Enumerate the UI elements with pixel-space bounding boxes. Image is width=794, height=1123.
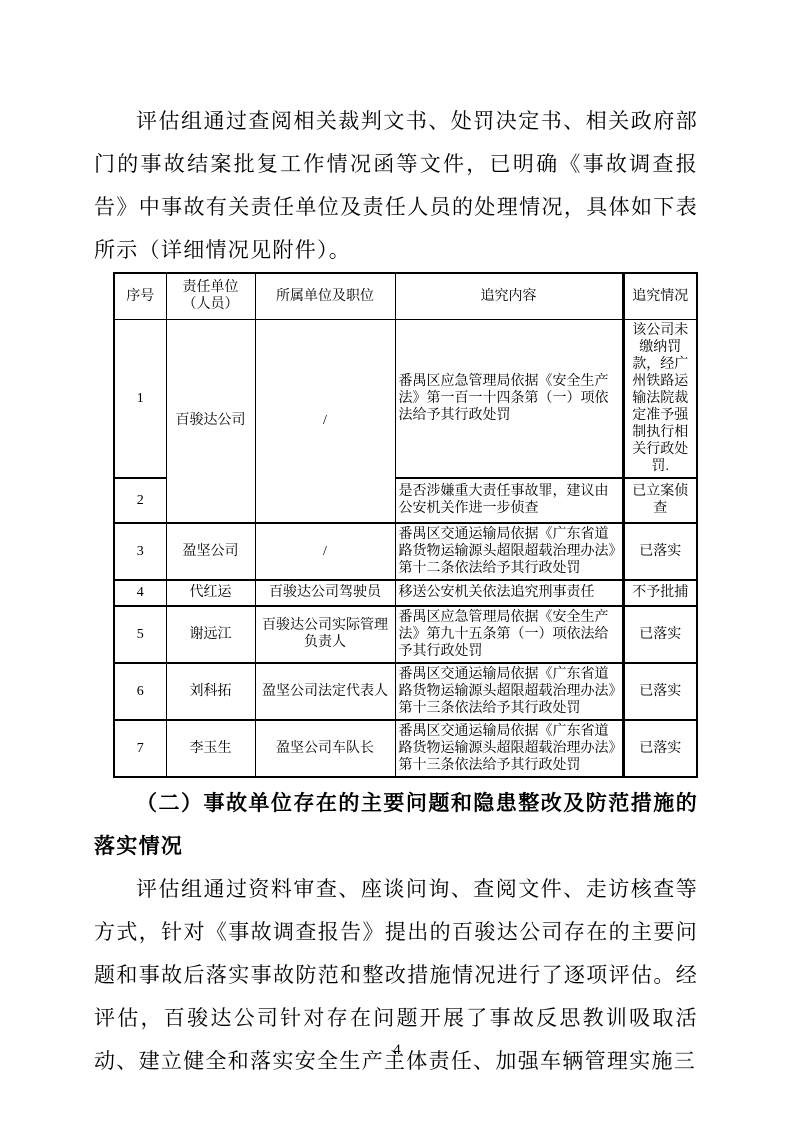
cell-content: 移送公安机关依法追究刑事责任 [395,580,623,606]
cell-unit: 盈坚公司 [166,523,255,580]
cell-seq: 6 [114,663,166,720]
cell-content: 番禺区交通运输局依据《广东省道路货物运输源头超限超载治理办法》第十三条依法给予其… [395,720,623,777]
cell-position: / [255,523,395,580]
table-row: 3 盈坚公司 / 番禺区交通运输局依据《广东省道路货物运输源头超限超载治理办法》… [114,523,697,580]
section-heading: （二）事故单位存在的主要问题和隐患整改及防范措施的落实情况 [94,782,698,868]
header-status: 追究情况 [623,273,697,319]
cell-seq: 7 [114,720,166,777]
cell-unit: 百骏达公司 [166,319,255,523]
cell-content: 番禺区应急管理局依据《安全生产法》第一百一十四条第（一）项依法给予其行政处罚 [395,319,623,478]
cell-seq: 2 [114,478,166,523]
cell-status: 已落实 [623,720,697,777]
table-row: 1 百骏达公司 / 番禺区应急管理局依据《安全生产法》第一百一十四条第（一）项依… [114,319,697,478]
cell-status: 不予批捕 [623,580,697,606]
page-number: 4 [0,1042,794,1059]
cell-content: 是否涉嫌重大责任事故罪，建议由公安机关作进一步侦查 [395,478,623,523]
cell-content: 番禺区交通运输局依据《广东省道路货物运输源头超限超载治理办法》第十二条依法给予其… [395,523,623,580]
cell-unit: 谢远江 [166,606,255,663]
cell-unit: 李玉生 [166,720,255,777]
cell-status: 已落实 [623,663,697,720]
cell-seq: 5 [114,606,166,663]
cell-position: 百骏达公司实际管理负责人 [255,606,395,663]
table-row: 7 李玉生 盈坚公司车队长 番禺区交通运输局依据《广东省道路货物运输源头超限超载… [114,720,697,777]
header-content: 追究内容 [395,273,623,319]
cell-unit: 代红运 [166,580,255,606]
cell-position: / [255,319,395,523]
cell-position: 盈坚公司车队长 [255,720,395,777]
cell-content: 番禺区应急管理局依据《安全生产法》第九十五条第（一）项依法给予其行政处罚 [395,606,623,663]
cell-position: 盈坚公司法定代表人 [255,663,395,720]
table-header-row: 序号 责任单位（人员） 所属单位及职位 追究内容 追究情况 [114,273,697,319]
table-row: 4 代红运 百骏达公司驾驶员 移送公安机关依法追究刑事责任 不予批捕 [114,580,697,606]
cell-seq: 3 [114,523,166,580]
document-page: 评估组通过查阅相关裁判文书、处罚决定书、相关政府部门的事故结案批复工作情况函等文… [0,0,794,1123]
cell-status: 已落实 [623,523,697,580]
cell-content: 番禺区交通运输局依据《广东省道路货物运输源头超限超载治理办法》第十三条依法给予其… [395,663,623,720]
cell-position: 百骏达公司驾驶员 [255,580,395,606]
cell-seq: 1 [114,319,166,478]
cell-seq: 4 [114,580,166,606]
cell-status: 该公司未缴纳罚款，经广州铁路运输法院裁定准予强制执行相关行政处罚. [623,319,697,478]
table-row: 6 刘科拓 盈坚公司法定代表人 番禺区交通运输局依据《广东省道路货物运输源头超限… [114,663,697,720]
accountability-table: 序号 责任单位（人员） 所属单位及职位 追究内容 追究情况 1 百骏达公司 / … [113,272,698,778]
table-row: 5 谢远江 百骏达公司实际管理负责人 番禺区应急管理局依据《安全生产法》第九十五… [114,606,697,663]
header-unit: 责任单位（人员） [166,273,255,319]
intro-paragraph: 评估组通过查阅相关裁判文书、处罚决定书、相关政府部门的事故结案批复工作情况函等文… [94,100,698,272]
header-position: 所属单位及职位 [255,273,395,319]
cell-unit: 刘科拓 [166,663,255,720]
page-content: 评估组通过查阅相关裁判文书、处罚决定书、相关政府部门的事故结案批复工作情况函等文… [0,0,794,1083]
cell-status: 已立案侦查 [623,478,697,523]
cell-status: 已落实 [623,606,697,663]
header-seq: 序号 [114,273,166,319]
